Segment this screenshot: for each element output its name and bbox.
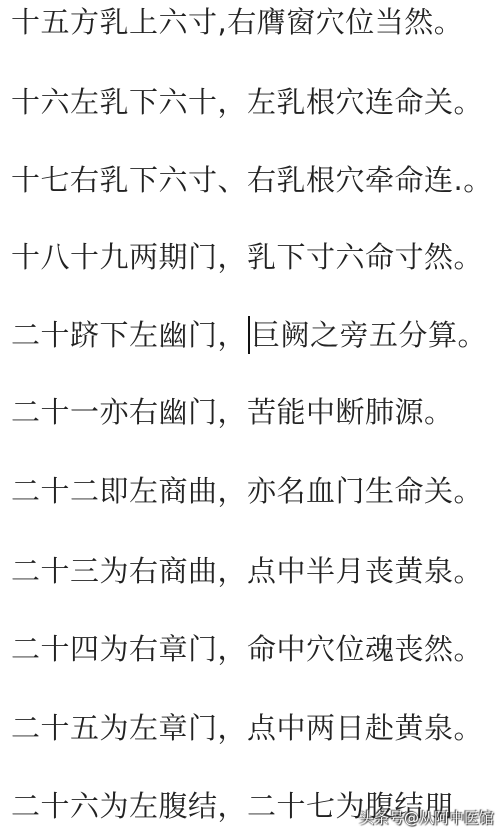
verse-line-16: 十六左乳下六十，左乳根穴连命关。 bbox=[11, 84, 483, 120]
verse-line-21: 二十一亦右幽门，苦能中断肺源。 bbox=[11, 394, 454, 430]
watermark: 头条号@从阿中医馆 bbox=[359, 807, 494, 828]
verse-line-20-second-half: 巨阙之旁五分算。 bbox=[251, 318, 487, 352]
verse-line-17: 十七右乳下六寸、右乳根穴牵命连.。 bbox=[11, 162, 493, 198]
verse-line-24: 二十四为右章门，命中穴位魂丧然。 bbox=[11, 631, 483, 667]
document-body[interactable]: 十五方乳上六寸,右膺窗穴位当然。 十六左乳下六十，左乳根穴连命关。 十七右乳下六… bbox=[0, 0, 500, 832]
verse-line-23: 二十三为右商曲，点中半月丧黄泉。 bbox=[11, 553, 483, 589]
verse-line-15: 十五方乳上六寸,右膺窗穴位当然。 bbox=[11, 4, 463, 40]
verse-line-25: 二十五为左章门，点中两日赴黄泉。 bbox=[11, 710, 483, 746]
verse-line-20-first-half: 二十跻下左幽门， bbox=[11, 318, 247, 352]
verse-line-18-19: 十八十九两期门，乳下寸六命寸然。 bbox=[11, 239, 483, 275]
verse-line-20: 二十跻下左幽门，巨阙之旁五分算。 bbox=[11, 316, 487, 354]
verse-line-22: 二十二即左商曲，亦名血门生命关。 bbox=[11, 473, 483, 509]
text-cursor bbox=[248, 316, 250, 354]
